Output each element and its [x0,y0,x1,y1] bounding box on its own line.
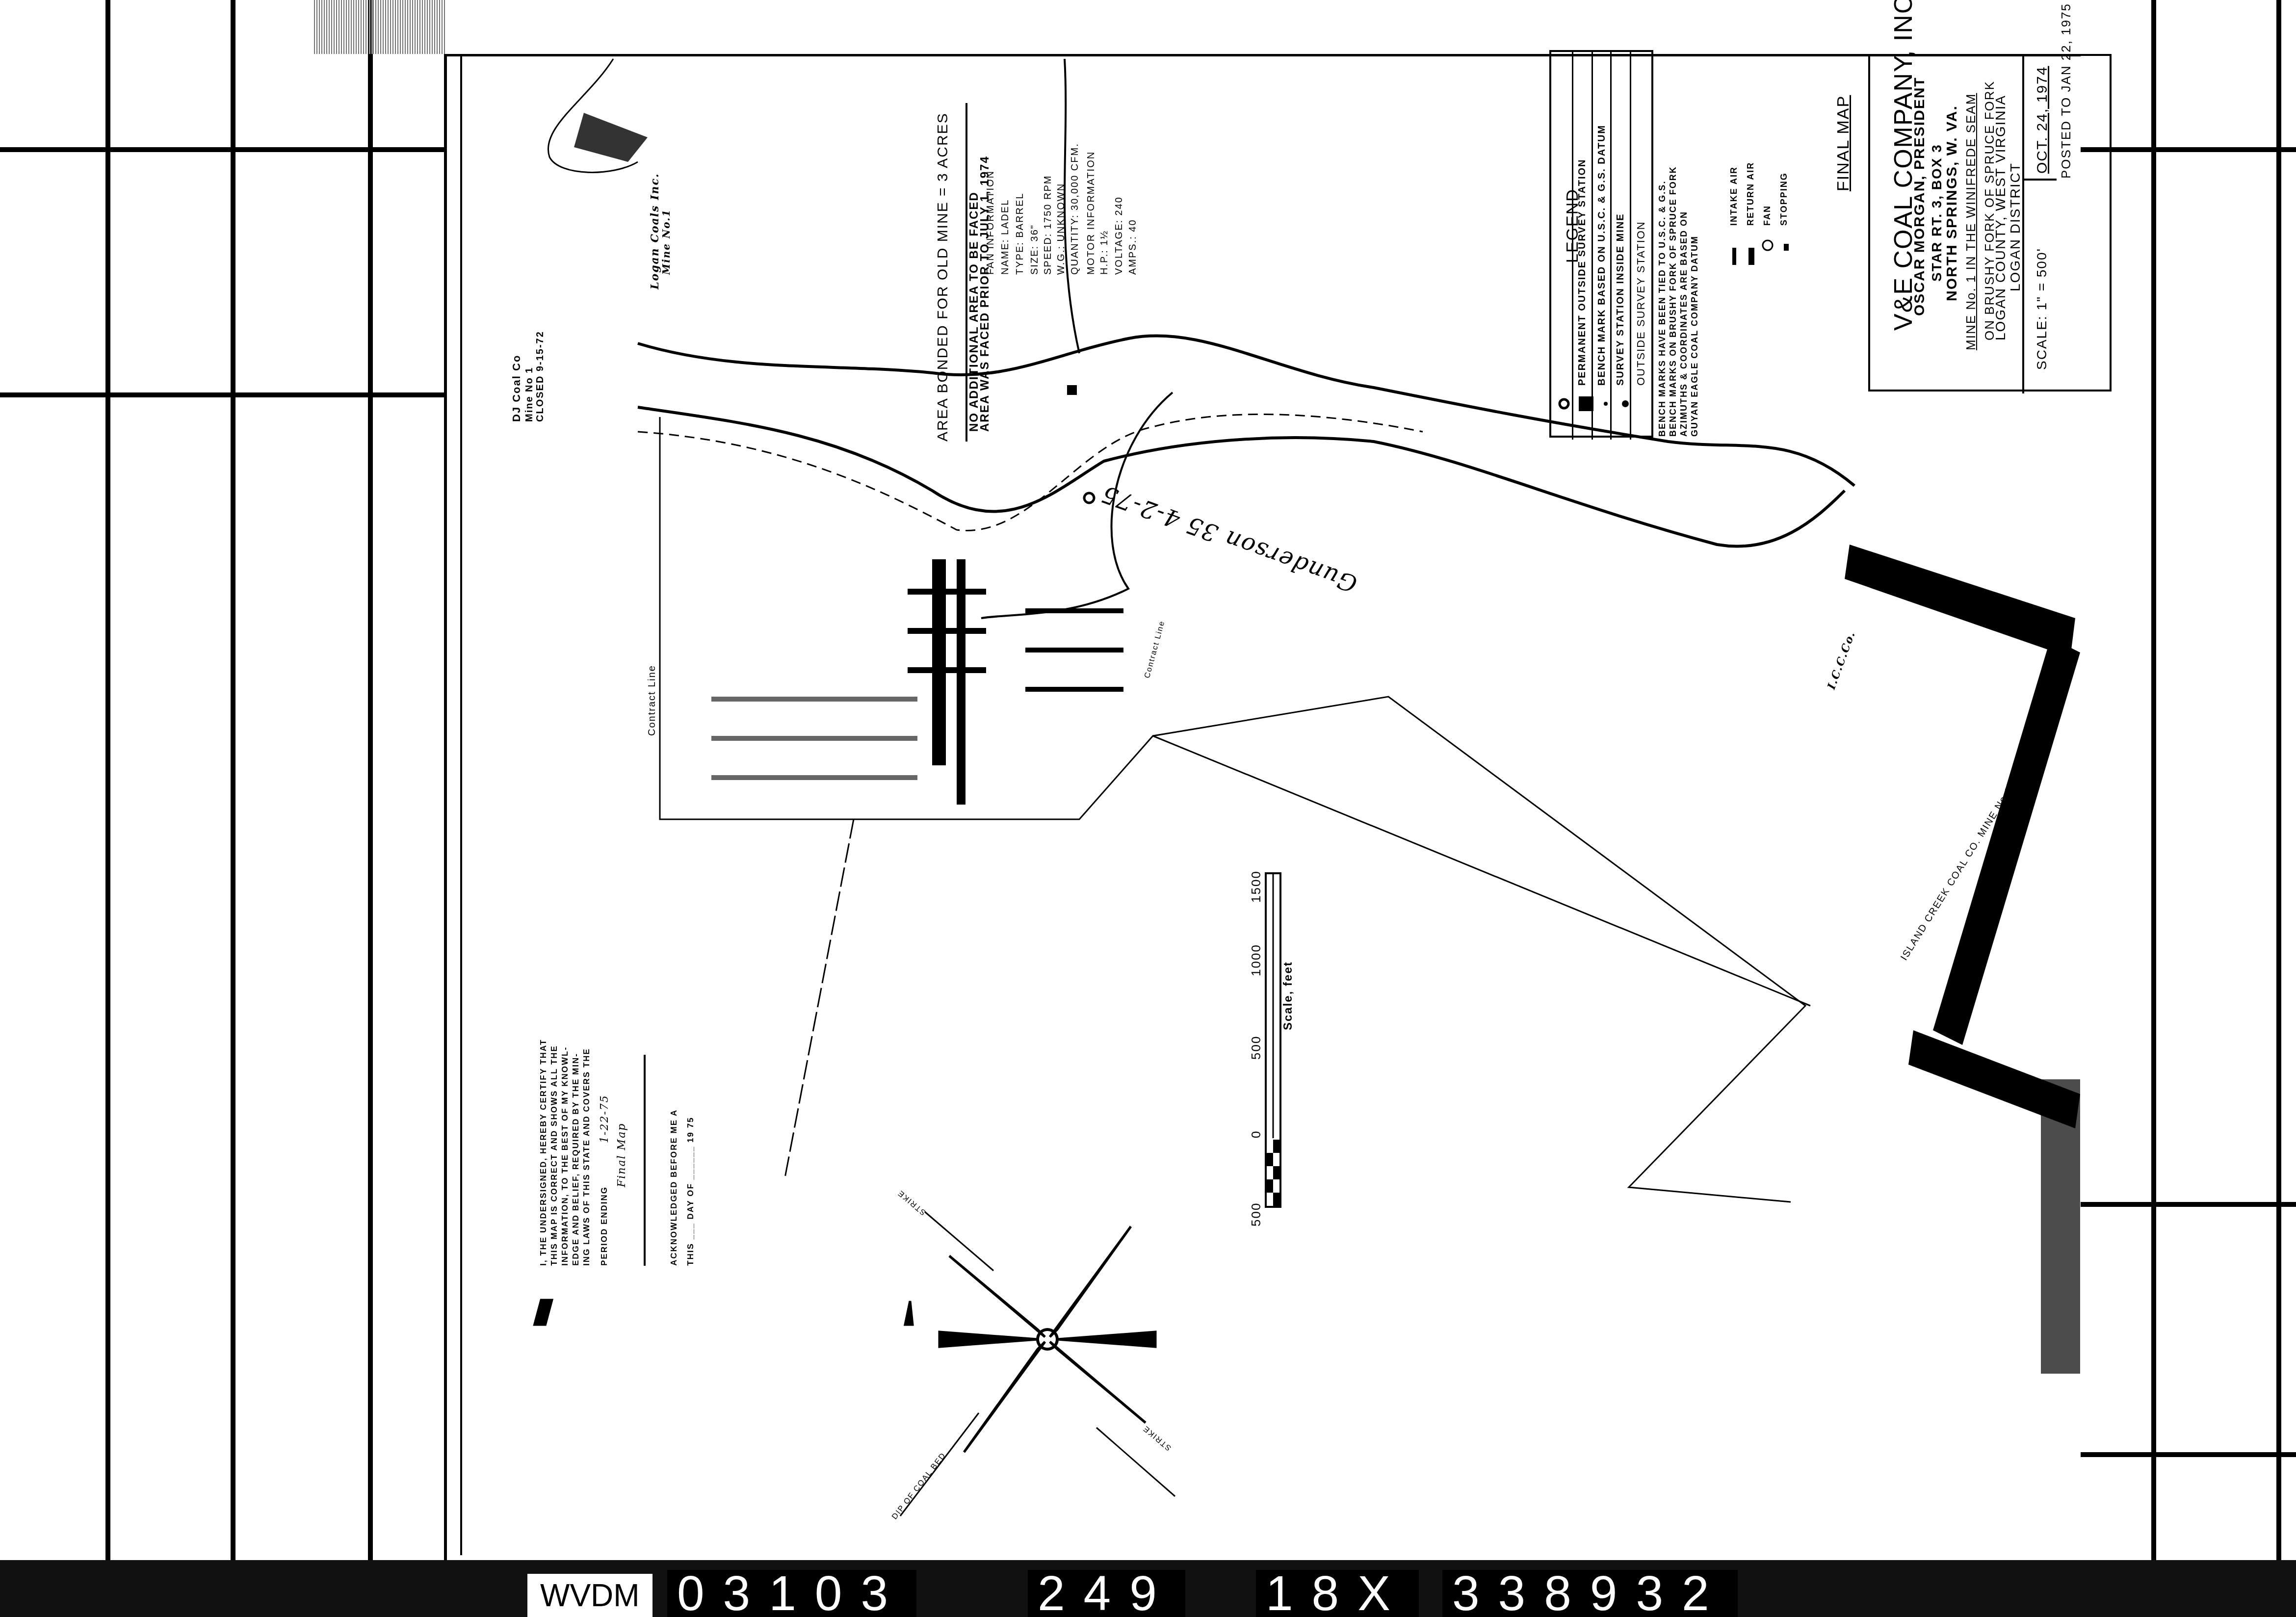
stopping-label: STOPPING [1779,172,1789,226]
legend-item: OUTSIDE SURVEY STATION [1635,221,1647,386]
divider [1592,52,1593,440]
mine-name: MINE No. 1 IN THE WINIFREDE SEAM [1963,93,1979,350]
fan-quantity: QUANTITY: 30,000 CFM. [1070,143,1081,275]
cert-line: INFORMATION, TO THE BEST OF MY KNOWL- [560,1046,570,1266]
scale-tick: 500 [1249,1036,1264,1060]
scale-text: SCALE: 1" = 500' [2034,248,2050,370]
fan-type: TYPE: BARREL [1015,193,1026,275]
dj-coal-label-1: DJ Coal Co [510,355,523,422]
legend-item: SURVEY STATION INSIDE MINE [1615,213,1626,386]
bonded-note: AREA BONDED FOR OLD MINE = 3 ACRES [935,112,951,442]
divider [2022,179,2057,181]
film-label: WVDM [527,1574,652,1617]
cert-line: THIS MAP IS CORRECT AND SHOWS ALL THE [549,1045,559,1266]
fan-label: FAN [1762,205,1773,226]
legend-box: LEGEND PERMANENT OUTSIDE SURVEY STATION … [1549,50,1653,438]
title-block: V&E COAL COMPANY, INC OSCAR MORGAN, PRES… [1868,54,2112,391]
divider [1572,52,1573,440]
contract-line-label: Contract Line [647,665,658,736]
legend-note: BENCH MARKS ON BRUSHY FORK OF SPRUCE FOR… [1668,166,1678,437]
period-ending-label: PERIOD ENDING [600,1186,609,1266]
motor-info-title: MOTOR INFORMATION [1086,151,1097,275]
dj-coal-label-2: Mine No 1 [524,367,535,422]
president-name: OSCAR MORGAN, PRESIDENT [1911,77,1928,316]
location-line-2: LOGAN COUNTY, WEST VIRGINIA [1993,95,2009,340]
signature-rule [644,1055,646,1266]
cert-line: ING LAWS OF THIS STATE AND COVERS THE [582,1048,592,1266]
final-map-label: FINAL MAP [1834,95,1853,191]
film-code: 338932 [1442,1570,1738,1617]
scale-caption: Scale, feet [1281,961,1295,1030]
fan-speed: SPEED: 1750 RPM [1043,175,1054,275]
return-air-label: RETURN AIR [1746,162,1756,226]
location-line-3: LOGAN DISTRICT [2008,162,2023,291]
period-ending-value: 1-22-75 [599,1095,611,1143]
motor-amps: AMPS.: 40 [1127,219,1139,275]
legend-item: BENCH MARK BASED ON U.S.C. & G.S. DATUM [1596,125,1608,386]
legend-note: AZIMUTHS & COORDINATES ARE BASED ON [1679,211,1689,437]
fan-info-title: FAN INFORMATION [985,170,996,275]
film-code: 03103 [667,1570,916,1617]
address: STAR RT. 3, BOX 3 [1929,144,1945,282]
posted-date: POSTED TO JAN 22, 1975 [2059,3,2074,179]
map-date: OCT. 24, 1974 [2034,66,2051,174]
legend-item: PERMANENT OUTSIDE SURVEY STATION [1577,158,1588,386]
logan-coals-label-1: Logan Coals Inc. [649,173,661,289]
azimuth-label: Az. 270°00' [935,606,946,667]
intake-air-label: INTAKE AIR [1729,166,1739,226]
film-code: 249 [1028,1570,1185,1617]
legend-note: BENCH MARKS HAVE BEEN TIED TO U.S.C. & G… [1657,181,1668,437]
scale-tick: 500 [1249,1202,1264,1226]
film-code: 18X [1256,1570,1419,1617]
signature-line: Final Map [616,1123,628,1187]
fan-size: SIZE: 36" [1029,224,1041,275]
legend-note: GUYAN EAGLE COAL COMPANY DATUM [1690,235,1700,437]
divider [2022,56,2024,393]
dj-coal-label-3: CLOSED 9-15-72 [535,331,546,422]
scale-tick: 1000 [1249,944,1264,976]
motor-voltage: VOLTAGE: 240 [1114,196,1125,275]
fan-wg: W.G.: UNKNOWN [1056,183,1067,275]
scale-tick: 1500 [1249,870,1264,903]
city: NORTH SPRINGS, W. VA. [1944,105,1960,301]
this-day-label: THIS ___ DAY OF ______ 19 75 [686,1117,696,1266]
divider [1630,52,1631,440]
cert-line: I, THE UNDERSIGNED, HEREBY CERTIFY THAT [539,1039,548,1266]
fan-name: NAME: LADEL [1000,199,1011,275]
acknowledged-label: ACKNOWLEDGED BEFORE ME A [669,1109,679,1266]
divider [1610,52,1612,440]
cert-line: EDGE AND BELIEF, REQUIRED BY THE MIN- [571,1053,581,1266]
motor-hp: H.P.: 1½ [1099,230,1110,275]
scale-tick: 0 [1249,1130,1264,1138]
logan-coals-label-2: Mine No.1 [660,209,672,275]
